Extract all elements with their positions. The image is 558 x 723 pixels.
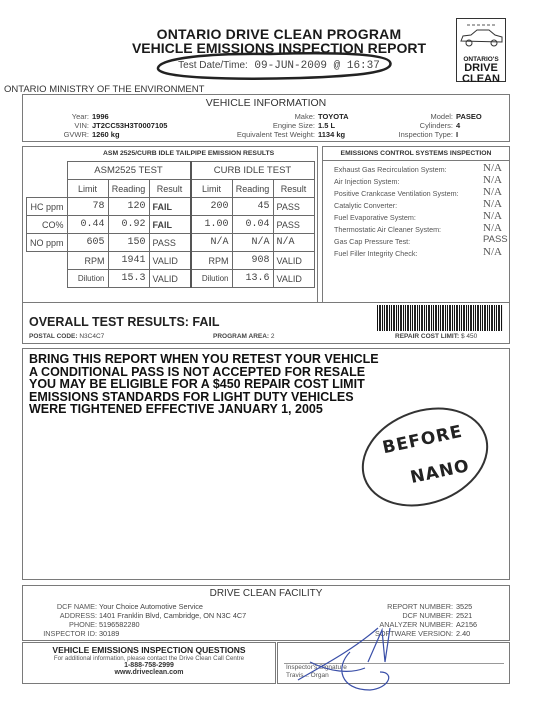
- address: 1401 Franklin Blvd, Cambridge, ON N3C 4C…: [99, 611, 246, 620]
- year-label: Year:: [23, 112, 89, 121]
- vin-label: VIN:: [23, 121, 89, 130]
- row-label: CO%: [27, 216, 68, 234]
- make-label: Make:: [173, 112, 315, 121]
- col-result: Result: [273, 180, 314, 198]
- curb-rpm-result: VALID: [273, 252, 314, 270]
- make-value: TOYOTA: [318, 112, 349, 121]
- table-row: RPM 1941 VALID RPM 908 VALID: [27, 252, 315, 270]
- ecs-value: N/A: [483, 174, 502, 186]
- dcf-number: 2521: [456, 611, 477, 620]
- drive-clean-logo: ONTARIO'S DRIVE CLEAN: [456, 18, 506, 82]
- repair-cost-limit: $ 450: [461, 333, 477, 340]
- ecs-value: N/A: [483, 162, 502, 174]
- ecs-label: Catalytic Converter:: [334, 201, 397, 210]
- car-icon: [457, 19, 505, 51]
- curb-result: PASS: [273, 198, 314, 216]
- questions-heading: VEHICLE EMISSIONS INSPECTION QUESTIONS: [23, 645, 275, 655]
- inspector-id: 30189: [99, 629, 246, 638]
- ecs-heading: EMISSIONS CONTROL SYSTEMS INSPECTION: [323, 147, 509, 161]
- questions-section: VEHICLE EMISSIONS INSPECTION QUESTIONS F…: [22, 642, 276, 684]
- curb-reading: 0.04: [232, 216, 273, 234]
- curb-result: PASS: [273, 216, 314, 234]
- facility-heading: DRIVE CLEAN FACILITY: [23, 588, 509, 599]
- ecs-value: N/A: [483, 210, 502, 222]
- curb-dilution-result: VALID: [273, 270, 314, 288]
- vehicle-info-section: VEHICLE INFORMATION Year: VIN: GVWR: 199…: [22, 94, 510, 142]
- curb-limit: N/A: [191, 234, 233, 252]
- analyzer-number: A2156: [456, 620, 477, 629]
- engine-value: 1.5 L: [318, 121, 335, 130]
- curb-reading: 45: [232, 198, 273, 216]
- handwritten-oval-icon: [355, 405, 495, 515]
- curb-idle-test-header: CURB IDLE TEST: [191, 162, 315, 180]
- software-version: 2.40: [456, 629, 477, 638]
- asm-dilution-result: VALID: [149, 270, 191, 288]
- ecs-label: Positive Crankcase Ventilation System:: [334, 189, 459, 198]
- ecs-value: N/A: [483, 222, 502, 234]
- ecs-label: Thermostatic Air Cleaner System:: [334, 225, 441, 234]
- report-number-label: REPORT NUMBER:: [353, 602, 453, 611]
- col-limit: Limit: [67, 180, 108, 198]
- col-result: Result: [149, 180, 191, 198]
- curb-result: N/A: [273, 234, 314, 252]
- gvwr-label: GVWR:: [23, 130, 89, 139]
- curb-limit: 200: [191, 198, 233, 216]
- ecs-label: Gas Cap Pressure Test:: [334, 237, 410, 246]
- row-label: NO ppm: [27, 234, 68, 252]
- asm-test-header: ASM2525 TEST: [67, 162, 191, 180]
- program-area: 2: [271, 333, 275, 340]
- model-label: Model:: [353, 112, 453, 121]
- col-limit: Limit: [191, 180, 233, 198]
- asm-rpm-result: VALID: [149, 252, 191, 270]
- asm-reading: 120: [108, 198, 149, 216]
- address-label: ADDRESS:: [23, 611, 97, 620]
- rpm-label: RPM: [67, 252, 108, 270]
- notice-line: BRING THIS REPORT WHEN YOU RETEST YOUR V…: [29, 353, 379, 366]
- postal-code-label: POSTAL CODE:: [29, 333, 78, 340]
- asm-result: FAIL: [149, 216, 191, 234]
- vin-value: JT2CC53H3T0007105: [92, 121, 167, 130]
- asm-dilution: 15.3: [108, 270, 149, 288]
- facility-section: DRIVE CLEAN FACILITY DCF NAME: ADDRESS: …: [22, 585, 510, 641]
- asm-limit: 0.44: [67, 216, 108, 234]
- col-reading: Reading: [232, 180, 273, 198]
- inspection-type-label: Inspection Type:: [353, 130, 453, 139]
- dcf-name: Your Choice Automotive Service: [99, 602, 246, 611]
- phone-label: PHONE:: [23, 620, 97, 629]
- cylinders-value: 4: [456, 121, 460, 130]
- model-value: PASEO: [456, 112, 482, 121]
- curb-reading: N/A: [232, 234, 273, 252]
- program-area-label: PROGRAM AREA:: [213, 333, 269, 340]
- curb-limit: 1.00: [191, 216, 233, 234]
- website-link[interactable]: www.driveclean.com: [23, 669, 275, 676]
- tailpipe-heading: ASM 2525/CURB IDLE TAILPIPE EMISSION RES…: [103, 150, 317, 157]
- tailpipe-results-table: ASM2525 TEST CURB IDLE TEST Limit Readin…: [26, 161, 315, 288]
- curb-rpm: 908: [232, 252, 273, 270]
- report-number: 3525: [456, 602, 477, 611]
- ecs-value: PASS: [483, 234, 508, 245]
- table-row: Dilution 15.3 VALID Dilution 13.6 VALID: [27, 270, 315, 288]
- asm-result: PASS: [149, 234, 191, 252]
- asm-rpm: 1941: [108, 252, 149, 270]
- asm-limit: 78: [67, 198, 108, 216]
- row-label: HC ppm: [27, 198, 68, 216]
- year-value: 1996: [92, 112, 109, 121]
- ecs-value: N/A: [483, 246, 502, 258]
- ecs-value: N/A: [483, 198, 502, 210]
- dilution-label: Dilution: [67, 270, 108, 288]
- vehicle-info-heading: VEHICLE INFORMATION: [23, 97, 509, 109]
- gvwr-value: 1260 kg: [92, 130, 120, 139]
- dilution-label: Dilution: [191, 270, 233, 288]
- inspector-signature-icon: [290, 622, 400, 694]
- engine-label: Engine Size:: [173, 121, 315, 130]
- cylinders-label: Cylinders:: [353, 121, 453, 130]
- dcf-name-label: DCF NAME:: [23, 602, 97, 611]
- curb-dilution: 13.6: [232, 270, 273, 288]
- ecs-label: Fuel Evaporative System:: [334, 213, 416, 222]
- col-reading: Reading: [108, 180, 149, 198]
- table-row: NO ppm 605 150 PASS N/A N/A N/A: [27, 234, 315, 252]
- inspector-id-label: INSPECTOR ID:: [23, 629, 97, 638]
- handwritten-circle-icon: [150, 50, 400, 82]
- phone: 5196582280: [99, 620, 246, 629]
- ecs-label: Fuel Filler Integrity Check:: [334, 249, 417, 258]
- ecs-label: Exhaust Gas Recirculation System:: [334, 165, 447, 174]
- dcf-number-label: DCF NUMBER:: [353, 611, 453, 620]
- repair-cost-limit-label: REPAIR COST LIMIT:: [395, 333, 459, 340]
- logo-text-clean: CLEAN: [457, 74, 505, 85]
- asm-reading: 0.92: [108, 216, 149, 234]
- postal-code: N3C4C7: [79, 333, 104, 340]
- table-row: HC ppm 78 120 FAIL 200 45 PASS: [27, 198, 315, 216]
- etw-label: Equivalent Test Weight:: [173, 130, 315, 139]
- call-centre-phone: 1-888-758-2999: [23, 662, 275, 669]
- questions-info: For additional information, please conta…: [23, 655, 275, 662]
- ecs-label: Air Injection System:: [334, 177, 400, 186]
- barcode-icon: [377, 305, 503, 331]
- ecs-value: N/A: [483, 186, 502, 198]
- overall-result-section: OVERALL TEST RESULTS: FAIL POSTAL CODE: …: [22, 302, 510, 344]
- inspection-type-value: I: [456, 130, 458, 139]
- overall-result: OVERALL TEST RESULTS: FAIL: [29, 315, 220, 329]
- table-row: CO% 0.44 0.92 FAIL 1.00 0.04 PASS: [27, 216, 315, 234]
- notice-line: YOU MAY BE ELIGIBLE FOR A $450 REPAIR CO…: [29, 378, 379, 391]
- etw-value: 1134 kg: [318, 130, 345, 139]
- asm-limit: 605: [67, 234, 108, 252]
- notice-line: WERE TIGHTENED EFFECTIVE JANUARY 1, 2005: [29, 403, 379, 416]
- asm-result: FAIL: [149, 198, 191, 216]
- asm-reading: 150: [108, 234, 149, 252]
- rpm-label: RPM: [191, 252, 233, 270]
